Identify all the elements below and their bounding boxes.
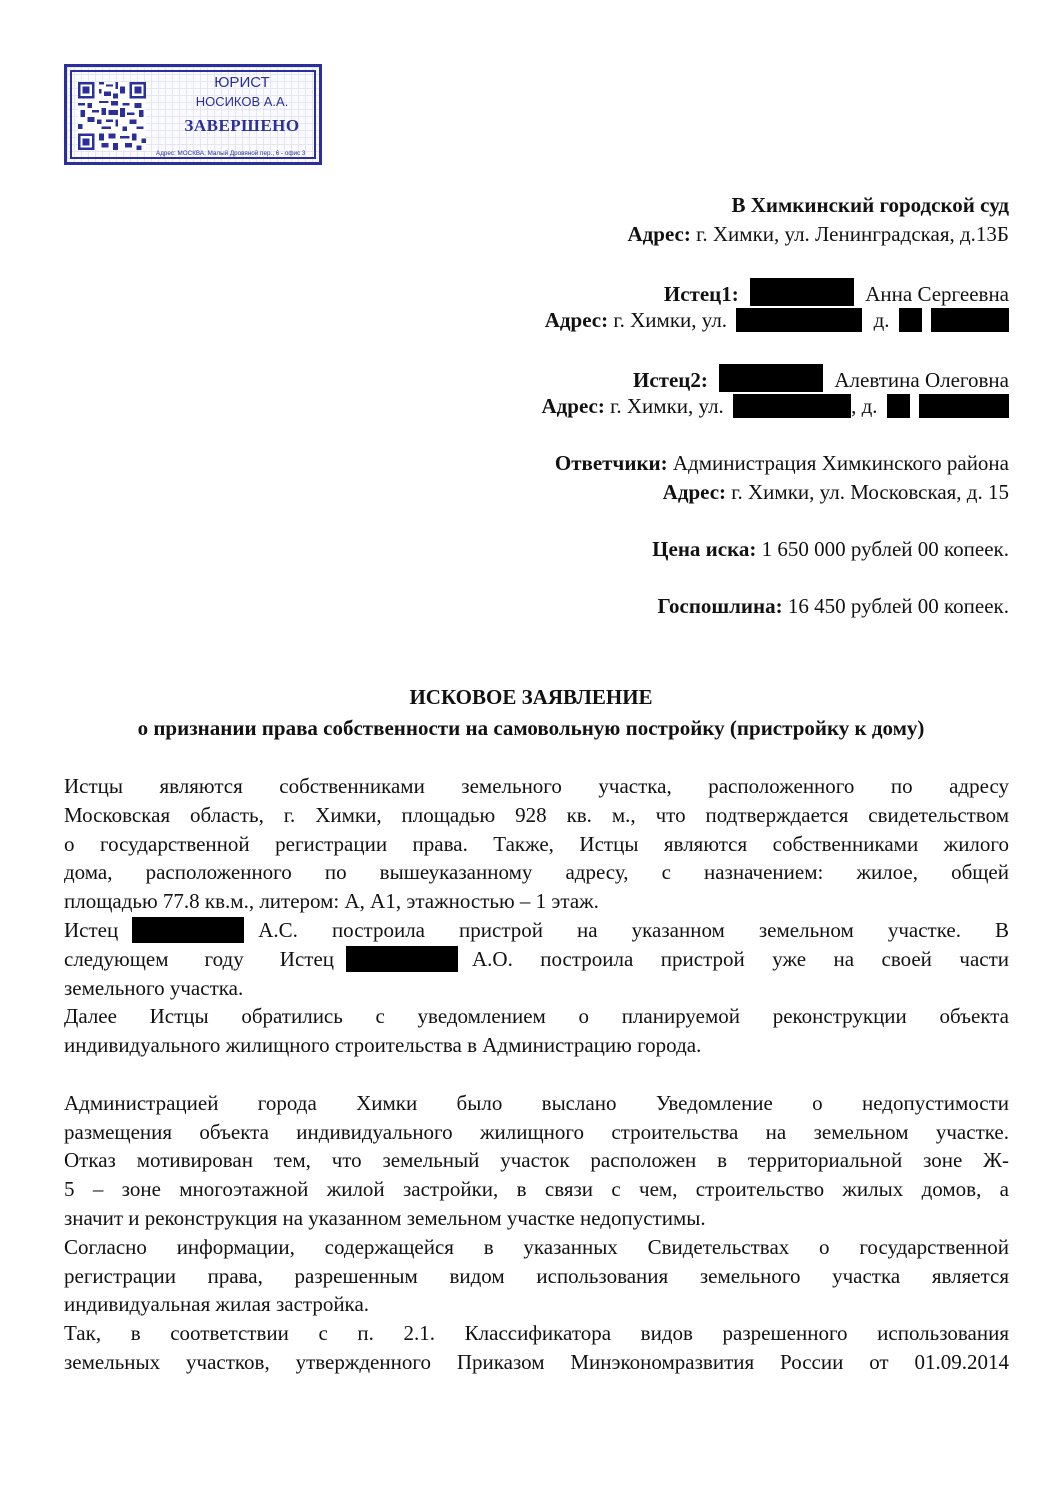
claim-price-label: Цена иска: — [652, 537, 756, 561]
address-label: Адрес: — [542, 394, 605, 418]
lawyer-stamp: ЮРИСТ НОСИКОВ А.А. ЗАВЕРШЕНО Адрес: МОСК… — [64, 64, 322, 165]
paragraph-4: Администрацией города Химки было выслано… — [64, 1089, 1009, 1233]
plaintiff1-name: Анна Сергеевна — [865, 282, 1009, 306]
court-address: Адрес: г. Химки, ул. Ленинградская, д.13… — [628, 221, 1009, 247]
text-line: земельных участков, утвержденного Приказ… — [64, 1348, 1009, 1377]
redaction-block — [733, 394, 851, 418]
text-line: Далее Истцы обратились с уведомлением о … — [64, 1002, 1009, 1031]
text-fragment: Истец — [64, 916, 118, 945]
stamp-address: Адрес: МОСКВА, Малый Дровяной пер., 6 - … — [156, 150, 305, 157]
text-line: земельного участка. — [64, 974, 1009, 1003]
address-street-prefix: г. Химки, ул. — [610, 394, 724, 418]
text-fragment: А.С. построила пристрой на указанном зем… — [258, 916, 1009, 945]
text-line: площадью 77.8 кв.м., литером: А, А1, эта… — [64, 887, 1009, 916]
state-fee: Госпошлина: 16 450 рублей 00 копеек. — [657, 593, 1009, 619]
defendants-address: Адрес: г. Химки, ул. Московская, д. 15 — [663, 479, 1009, 505]
text-line: индивидуальная жилая застройка. — [64, 1290, 1009, 1319]
text-line: следующем году Истец А.О. построила прис… — [64, 945, 1009, 974]
address-street-prefix: г. Химки, ул. — [613, 308, 727, 332]
document-subtitle: о признании права собственности на самов… — [52, 716, 1010, 741]
stamp-status: ЗАВЕРШЕНО — [172, 116, 312, 136]
text-fragment: следующем году Истец — [64, 945, 334, 974]
address-label: Адрес: — [663, 480, 726, 504]
text-line: Отказ мотивирован тем, что земельный уча… — [64, 1146, 1009, 1175]
court-name: В Химкинский городской суд — [731, 192, 1009, 218]
claim-price-value: 1 650 000 рублей 00 копеек. — [762, 537, 1009, 561]
document-body: Истцы являются собственниками земельного… — [64, 772, 1009, 1377]
redaction-block — [750, 278, 854, 306]
address-house-prefix: , д. — [851, 394, 877, 418]
paragraph-5: Согласно информации, содержащейся в указ… — [64, 1233, 1009, 1319]
plaintiff2-line: Истец2: Алевтина Олеговна — [633, 364, 1009, 393]
text-fragment: А.О. построила пристрой уже на своей час… — [472, 945, 1009, 974]
state-fee-label: Госпошлина: — [657, 594, 782, 618]
text-line: регистрации права, разрешенным видом исп… — [64, 1262, 1009, 1291]
redaction-block — [719, 364, 823, 392]
claim-price: Цена иска: 1 650 000 рублей 00 копеек. — [652, 536, 1009, 562]
plaintiff2-name: Алевтина Олеговна — [834, 368, 1009, 392]
paragraph-gap — [64, 1060, 1009, 1089]
text-line: индивидуального жилищного строительства … — [64, 1031, 1009, 1060]
defendants-line: Ответчики: Администрация Химкинского рай… — [555, 450, 1009, 476]
text-line: Истец А.С. построила пристрой на указанн… — [64, 916, 1009, 945]
address-value: г. Химки, ул. Ленинградская, д.13Б — [696, 222, 1009, 246]
text-line: размещения объекта индивидуального жилищ… — [64, 1118, 1009, 1147]
stamp-lawyer-name: НОСИКОВ А.А. — [172, 94, 312, 109]
defendants-name: Администрация Химкинского района — [673, 451, 1009, 475]
address-label: Адрес: — [628, 222, 691, 246]
redaction-block — [132, 917, 244, 943]
paragraph-2: Истец А.С. построила пристрой на указанн… — [64, 916, 1009, 1002]
text-line: о государственной регистрации права. Так… — [64, 830, 1009, 859]
plaintiff2-label: Истец2: — [633, 368, 708, 392]
document-page: ЮРИСТ НОСИКОВ А.А. ЗАВЕРШЕНО Адрес: МОСК… — [0, 0, 1061, 1500]
text-line: Администрацией города Химки было выслано… — [64, 1089, 1009, 1118]
paragraph-1: Истцы являются собственниками земельного… — [64, 772, 1009, 916]
plaintiff2-address: Адрес: г. Химки, ул. , д. — [542, 393, 1009, 419]
qr-code-icon — [78, 79, 146, 153]
address-house-prefix: д. — [874, 308, 890, 332]
text-line: 5 – зоне многоэтажной жилой застройки, в… — [64, 1175, 1009, 1204]
text-line: Московская область, г. Химки, площадью 9… — [64, 801, 1009, 830]
state-fee-value: 16 450 рублей 00 копеек. — [788, 594, 1009, 618]
redaction-block — [931, 308, 1009, 332]
redaction-block — [919, 394, 1009, 418]
plaintiff1-label: Истец1: — [664, 282, 739, 306]
address-label: Адрес: — [545, 308, 608, 332]
plaintiff1-address: Адрес: г. Химки, ул. д. — [545, 307, 1009, 333]
redaction-block — [899, 308, 922, 332]
text-line: Истцы являются собственниками земельного… — [64, 772, 1009, 801]
stamp-inner-border: ЮРИСТ НОСИКОВ А.А. ЗАВЕРШЕНО Адрес: МОСК… — [70, 70, 316, 159]
stamp-title: ЮРИСТ — [172, 74, 312, 91]
redaction-block — [887, 394, 910, 418]
text-line: дома, расположенного по вышеуказанному а… — [64, 858, 1009, 887]
paragraph-3: Далее Истцы обратились с уведомлением о … — [64, 1002, 1009, 1060]
plaintiff1-line: Истец1: Анна Сергеевна — [664, 278, 1009, 307]
text-line: Согласно информации, содержащейся в указ… — [64, 1233, 1009, 1262]
redaction-block — [736, 308, 862, 332]
paragraph-6: Так, в соответствии с п. 2.1. Классифика… — [64, 1319, 1009, 1377]
text-line: значит и реконструкция на указанном земе… — [64, 1204, 1009, 1233]
address-value: г. Химки, ул. Московская, д. 15 — [731, 480, 1009, 504]
text-line: Так, в соответствии с п. 2.1. Классифика… — [64, 1319, 1009, 1348]
document-title: ИСКОВОЕ ЗАЯВЛЕНИЕ — [52, 685, 1010, 710]
defendants-label: Ответчики: — [555, 451, 668, 475]
redaction-block — [346, 946, 458, 972]
